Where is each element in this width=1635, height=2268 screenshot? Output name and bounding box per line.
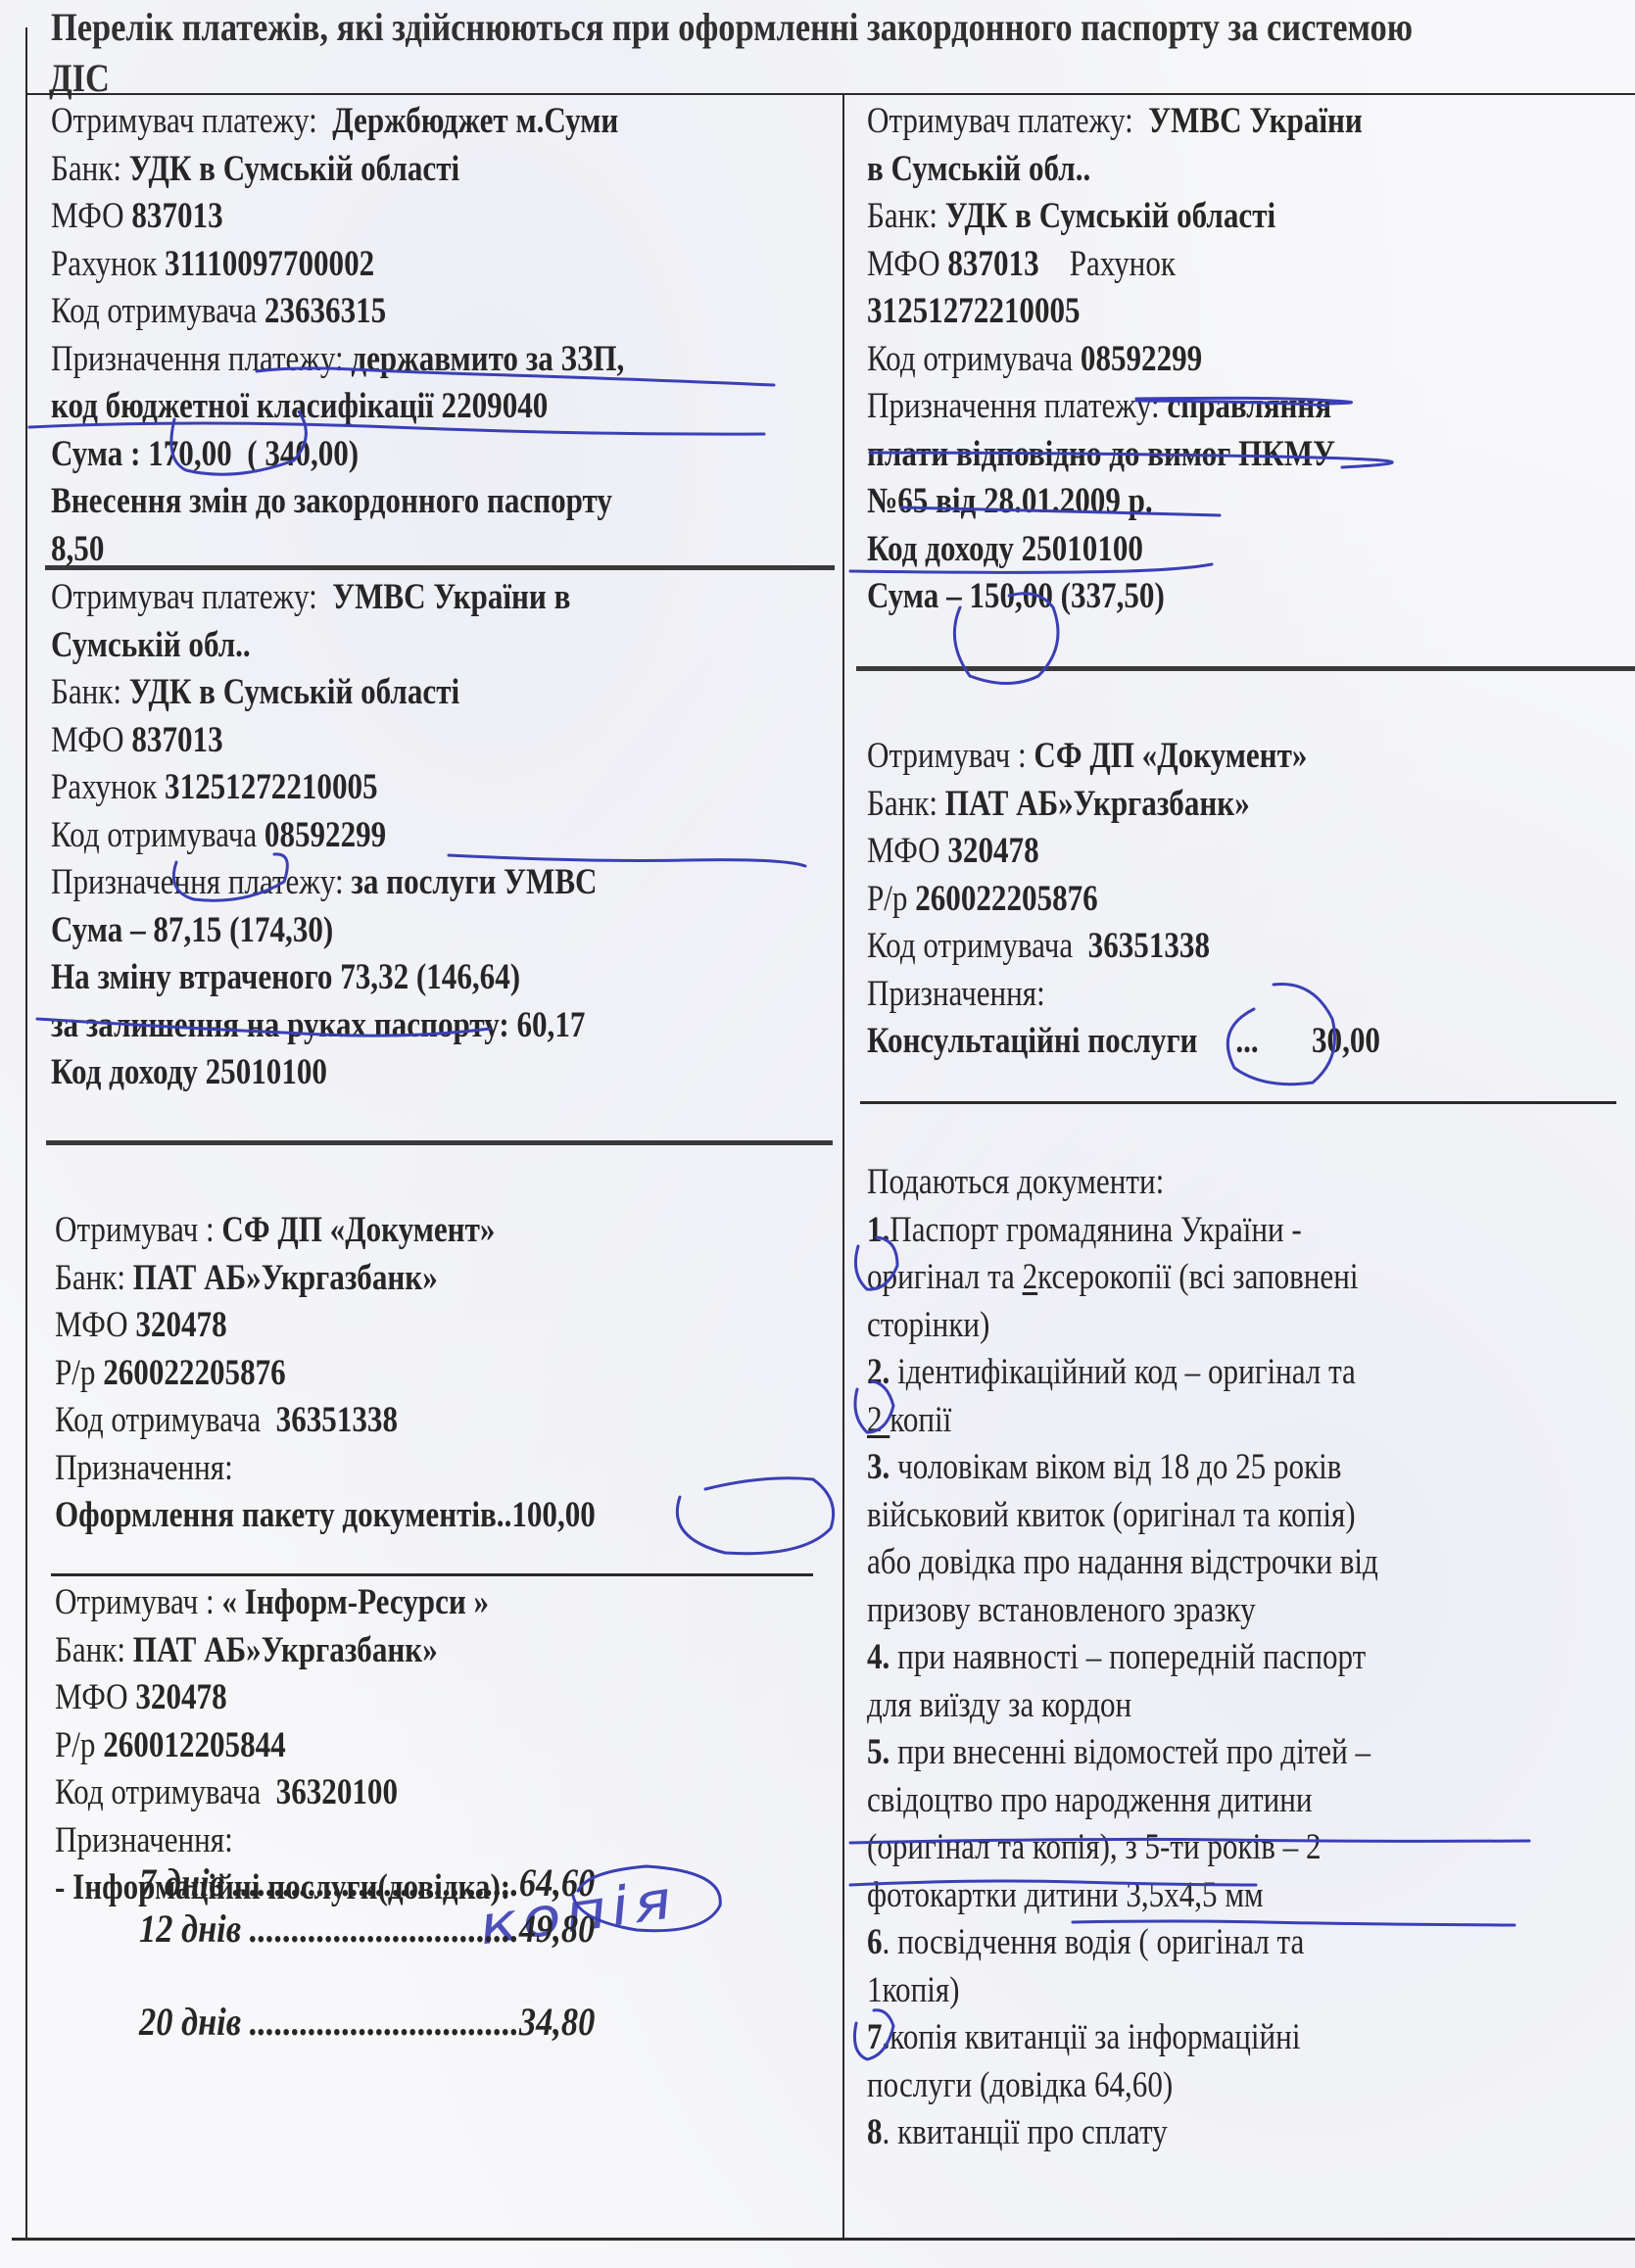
- changes-fee-label: Внесення змін до закордонного паспорту: [51, 478, 624, 526]
- recipient-label: Отримувач платежу:: [51, 101, 317, 141]
- mfo-label: МФО: [51, 720, 124, 760]
- account-value: 31110097700002: [165, 244, 374, 284]
- left-divider-3: [51, 1573, 813, 1576]
- account-value: 260022205876: [915, 879, 1097, 919]
- account-label: Рахунок: [51, 244, 157, 284]
- right-divider-1: [856, 666, 1635, 671]
- mfo-value: 320478: [947, 831, 1038, 871]
- rate-price: 34,80: [519, 2000, 595, 2044]
- sum-value: 150,00: [969, 576, 1052, 616]
- recipient-value-line2: в Сумській обл..: [867, 146, 1363, 194]
- bank-value: УДК в Сумській області: [129, 149, 459, 189]
- bank-value: ПАТ АБ»Укргазбанк»: [133, 1630, 438, 1670]
- rate-term: 12 днів: [139, 1906, 241, 1951]
- account-label: Рахунок: [51, 767, 157, 807]
- documents-list: Подаються документи: 1.Паспорт громадяни…: [867, 1159, 1378, 2157]
- bank-label: Банк:: [51, 672, 121, 712]
- rate-price: 49,80: [519, 1906, 595, 1951]
- doc-line: 6. посвідчення водія ( оригінал та: [867, 1919, 1378, 1967]
- account-label: Р/р: [867, 879, 907, 919]
- mfo-value: 837013: [131, 720, 222, 760]
- sum-label: Сума :: [51, 434, 140, 474]
- right-payment-1: Отримувач платежу: УМВС України в Сумськ…: [867, 98, 1363, 621]
- doc-line: 1.Паспорт громадянина України -: [867, 1207, 1378, 1255]
- recipient-value: СФ ДП «Документ»: [1034, 736, 1307, 776]
- doc-line: 2 копії: [867, 1397, 1378, 1445]
- doc-line: 3. чоловікам віком від 18 до 25 років: [867, 1444, 1378, 1492]
- rate-row: 7 днів .................................…: [139, 1859, 595, 1906]
- rate-dots: ................................: [250, 2000, 519, 2044]
- recipient-code-value: 23636315: [264, 291, 386, 331]
- doc-line: 2. ідентифікаційний код – оригінал та: [867, 1349, 1378, 1397]
- purpose-value: справляння: [1167, 386, 1331, 426]
- account-label: Р/р: [55, 1725, 95, 1765]
- mfo-value: 320478: [135, 1305, 226, 1345]
- bank-value: УДК в Сумській області: [945, 196, 1275, 236]
- doc-line: 5. при внесенні відомостей про дітей –: [867, 1729, 1378, 1777]
- doc-line: оригінал та 2ксерокопії (всі заповнені: [867, 1254, 1378, 1302]
- purpose-label: Призначення:: [55, 1445, 596, 1493]
- sum-alt-value: (174,30): [229, 910, 333, 950]
- left-payment-1: Отримувач платежу: Держбюджет м.Суми Бан…: [51, 98, 624, 573]
- purpose-value: за послуги УМВС: [351, 862, 597, 902]
- doc-line: призову встановленого зразку: [867, 1587, 1378, 1635]
- doc-line: військовий квиток (оригінал та копія): [867, 1492, 1378, 1540]
- recipient-code-value: 36351338: [276, 1400, 398, 1440]
- left-divider-2: [46, 1140, 833, 1145]
- mfo-label: МФО: [55, 1677, 128, 1717]
- recipient-value: СФ ДП «Документ»: [221, 1210, 495, 1250]
- recipient-label: Отримувач :: [55, 1582, 215, 1622]
- left-payment-2: Отримувач платежу: УМВС України в Сумськ…: [51, 574, 597, 1097]
- purpose-value: державмито за ЗЗП,: [351, 339, 624, 379]
- rate-price: 64,60: [519, 1860, 595, 1905]
- purpose-label: Призначення:: [867, 971, 1380, 1019]
- service-amount: 30,00: [1312, 1021, 1380, 1061]
- rate-term: 7 днів: [139, 1860, 224, 1905]
- left-payment-3: Отримувач : СФ ДП «Документ» Банк: ПАТ А…: [55, 1207, 596, 1540]
- doc-line: 7.копія квитанції за інформаційні: [867, 2014, 1378, 2062]
- recipient-code-label: Код отримувача: [55, 1400, 261, 1440]
- doc-line: для виїзду за кордон: [867, 1682, 1378, 1730]
- purpose-label: Призначення платежу:: [51, 862, 344, 902]
- doc-line: 4. при наявності – попередній паспорт: [867, 1634, 1378, 1682]
- table-left-border: [25, 27, 27, 2240]
- bank-label: Банк:: [867, 784, 938, 824]
- purpose-value-line2: плати відповідно до вимог ПКМУ: [867, 431, 1363, 479]
- keep-passport-fee: за залишення на руках паспорту: 60,17: [51, 1002, 597, 1050]
- doc-line: або довідка про надання відстрочки від: [867, 1539, 1378, 1587]
- recipient-label: Отримувач платежу:: [867, 101, 1133, 141]
- recipient-code-value: 36320100: [276, 1772, 398, 1812]
- service-dots: ...: [1235, 1021, 1258, 1061]
- recipient-code-label: Код отримувача: [867, 339, 1073, 379]
- sum-alt-value: ( 340,00): [247, 434, 359, 474]
- rate-row: 20 днів ................................…: [139, 1999, 595, 2045]
- recipient-code-label: Код отримувача: [55, 1772, 261, 1812]
- rate-dots: ................................: [250, 1906, 519, 1951]
- recipient-value-line2: Сумській обл..: [51, 622, 597, 670]
- sum-value: 87,15: [153, 910, 221, 950]
- right-divider-2: [860, 1101, 1616, 1104]
- sum-label: Сума –: [867, 576, 962, 616]
- table-header-rule: [25, 93, 1635, 95]
- account-value: 260012205844: [103, 1725, 285, 1765]
- service-name: Консультаційні послуги: [867, 1021, 1197, 1061]
- account-value: 260022205876: [103, 1353, 285, 1393]
- doc-line: (оригінал та копія), з 5-ти років – 2: [867, 1824, 1378, 1872]
- purpose-label: Призначення платежу:: [867, 386, 1160, 426]
- mfo-value: 837013: [131, 196, 222, 236]
- recipient-code-value: 08592299: [264, 815, 386, 855]
- lost-passport-fee: На зміну втраченого 73,32 (146,64): [51, 954, 597, 1002]
- rate-dots: ..................................: [233, 1860, 519, 1905]
- bank-label: Банк:: [51, 149, 121, 189]
- mfo-label: МФО: [867, 831, 940, 871]
- recipient-label: Отримувач :: [55, 1210, 215, 1250]
- account-value: 31251272210005: [165, 767, 378, 807]
- doc-line: послуги (довідка 64,60): [867, 2062, 1378, 2110]
- bank-value: ПАТ АБ»Укргазбанк»: [945, 784, 1250, 824]
- account-label: Р/р: [55, 1353, 95, 1393]
- income-code: Код доходу 25010100: [51, 1049, 597, 1097]
- recipient-code-label: Код отримувача: [867, 926, 1073, 966]
- doc-line: 1копія): [867, 1967, 1378, 2015]
- mfo-label: МФО: [51, 196, 124, 236]
- bank-label: Банк:: [55, 1630, 125, 1670]
- recipient-label: Отримувач :: [867, 736, 1027, 776]
- right-payment-2: Отримувач : СФ ДП «Документ» Банк: ПАТ А…: [867, 733, 1380, 1066]
- bank-label: Банк:: [55, 1258, 125, 1298]
- purpose-value-line3: №65 від 28.01.2009 р.: [867, 478, 1363, 526]
- service-name: Оформлення пакету документів..: [55, 1495, 511, 1535]
- rate-row: 12 днів ................................…: [139, 1906, 595, 1952]
- doc-line: 8. квитанції про сплату: [867, 2109, 1378, 2157]
- recipient-label: Отримувач платежу:: [51, 577, 317, 617]
- doc-line: свідоцтво про народження дитини: [867, 1777, 1378, 1825]
- sum-alt-value: (337,50): [1061, 576, 1165, 616]
- mfo-label: МФО: [867, 244, 940, 284]
- bank-label: Банк:: [867, 196, 938, 236]
- sum-value: 170,00: [148, 434, 231, 474]
- recipient-code-value: 08592299: [1081, 339, 1202, 379]
- table-bottom-border: [12, 2238, 1635, 2241]
- doc-line: сторінки): [867, 1302, 1378, 1350]
- recipient-value: « Інформ-Ресурси »: [221, 1582, 489, 1622]
- purpose-value-line2: код бюджетної класифікації 2209040: [51, 386, 548, 426]
- bank-value: ПАТ АБ»Укргазбанк»: [133, 1258, 438, 1298]
- table-center-divider: [842, 94, 844, 2240]
- changes-fee-value: 8,50: [51, 526, 624, 574]
- account-label: Рахунок: [1070, 244, 1176, 284]
- sum-label: Сума –: [51, 910, 146, 950]
- mfo-value: 320478: [135, 1677, 226, 1717]
- recipient-value: Держбюджет м.Суми: [332, 101, 618, 141]
- recipient-code-value: 36351338: [1088, 926, 1210, 966]
- document-title-line1: Перелік платежів, які здійснюються при о…: [51, 4, 1413, 50]
- doc-line: фотокартки дитини 3,5х4,5 мм: [867, 1872, 1378, 1920]
- mfo-value: 837013: [947, 244, 1038, 284]
- documents-heading: Подаються документи:: [867, 1159, 1378, 1207]
- recipient-value: УМВС України в: [332, 577, 570, 617]
- account-value: 31251272210005: [867, 288, 1363, 336]
- purpose-label: Призначення:: [55, 1817, 510, 1865]
- recipient-code-label: Код отримувача: [51, 291, 257, 331]
- rate-term: 20 днів: [139, 2000, 241, 2044]
- bank-value: УДК в Сумській області: [129, 672, 459, 712]
- income-code: Код доходу 25010100: [867, 526, 1363, 574]
- recipient-code-label: Код отримувача: [51, 815, 257, 855]
- purpose-label: Призначення платежу:: [51, 339, 344, 379]
- service-amount: 100,00: [511, 1495, 595, 1535]
- recipient-value: УМВС України: [1148, 101, 1363, 141]
- mfo-label: МФО: [55, 1305, 128, 1345]
